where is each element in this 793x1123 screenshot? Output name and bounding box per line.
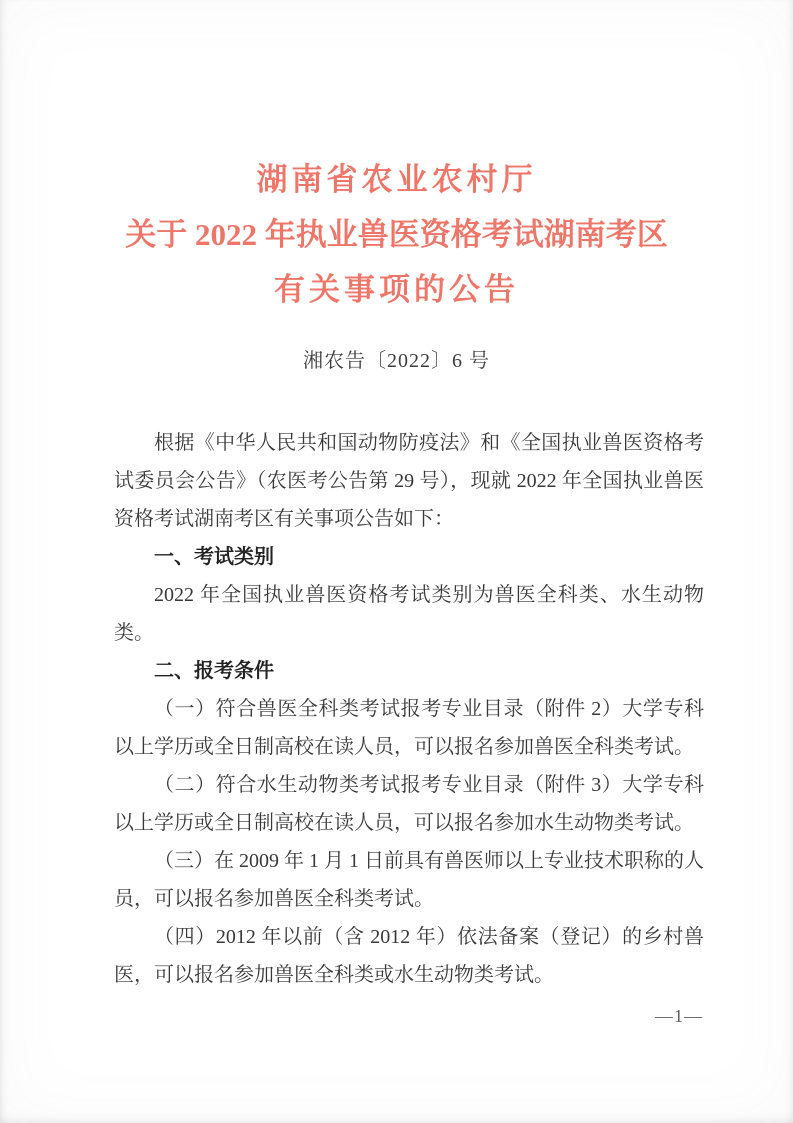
paragraph-exam-category: 2022 年全国执业兽医资格考试类别为兽医全科类、水生动物类。 (114, 576, 704, 652)
title-line-3: 有关事项的公告 (0, 262, 793, 317)
paragraph-condition-1: （一）符合兽医全科类考试报考专业目录（附件 2）大学专科以上学历或全日制高校在读… (114, 690, 704, 766)
page-number: —1— (655, 1006, 703, 1027)
paragraph-condition-2: （二）符合水生动物类考试报考专业目录（附件 3）大学专科以上学历或全日制高校在读… (114, 766, 704, 842)
paragraph-condition-3: （三）在 2009 年 1 月 1 日前具有兽医师以上专业技术职称的人员，可以报… (114, 842, 704, 918)
document-number: 湘农告〔2022〕6 号 (0, 344, 793, 373)
document-body: 根据《中华人民共和国动物防疫法》和《全国执业兽医资格考试委员会公告》（农医考公告… (114, 424, 704, 994)
title-line-1: 湖南省农业农村厅 (0, 152, 793, 207)
document-page: 湖南省农业农村厅 关于 2022 年执业兽医资格考试湖南考区 有关事项的公告 湘… (0, 0, 793, 1123)
section-heading-exam-category: 一、考试类别 (114, 538, 704, 576)
document-title: 湖南省农业农村厅 关于 2022 年执业兽医资格考试湖南考区 有关事项的公告 (0, 152, 793, 317)
section-heading-application-conditions: 二、报考条件 (114, 652, 704, 690)
paragraph-condition-4: （四）2012 年以前（含 2012 年）依法备案（登记）的乡村兽医，可以报名参… (114, 918, 704, 994)
paragraph-intro: 根据《中华人民共和国动物防疫法》和《全国执业兽医资格考试委员会公告》（农医考公告… (114, 424, 704, 538)
title-line-2: 关于 2022 年执业兽医资格考试湖南考区 (0, 207, 793, 262)
